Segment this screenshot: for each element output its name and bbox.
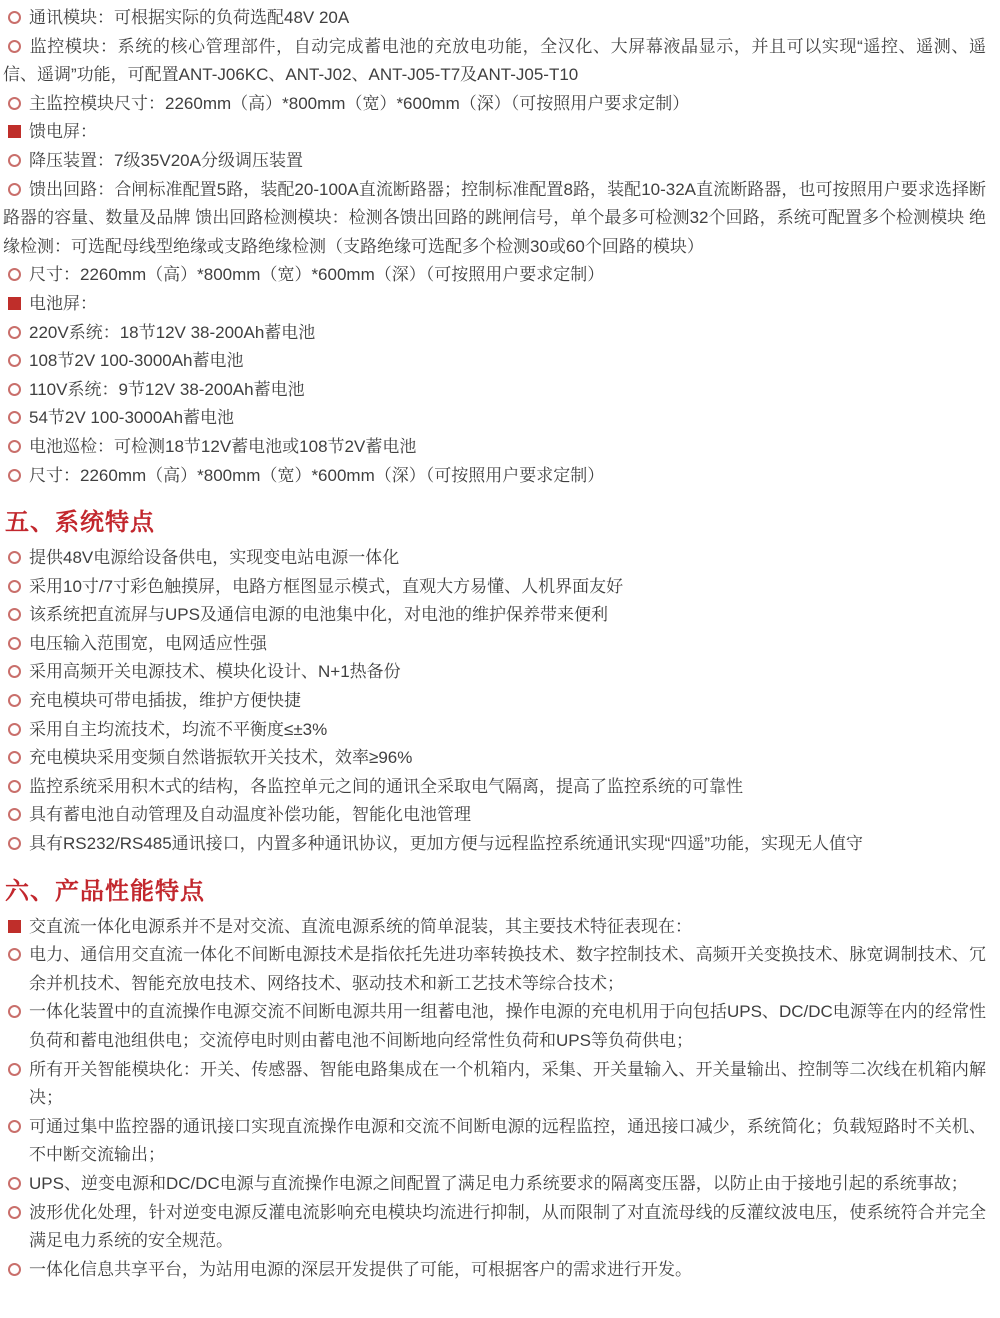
list-item: 110V系统：9节12V 38-200Ah蓄电池 bbox=[3, 376, 986, 405]
item-text: 可通过集中监控器的通讯接口实现直流操作电源和交流不间断电源的远程监控，通迅接口减… bbox=[29, 1117, 986, 1165]
circle-bullet-icon bbox=[8, 411, 21, 424]
item-text: 电压输入范围宽，电网适应性强 bbox=[29, 634, 267, 653]
circle-bullet-icon bbox=[8, 551, 21, 564]
item-text: 电池巡检：可检测18节12V蓄电池或108节2V蓄电池 bbox=[29, 437, 416, 456]
circle-bullet-icon bbox=[8, 580, 21, 593]
circle-bullet-icon bbox=[8, 637, 21, 650]
circle-bullet-icon bbox=[8, 183, 21, 196]
item-text: 降压装置：7级35V20A分级调压装置 bbox=[29, 151, 303, 170]
list-item: 电压输入范围宽，电网适应性强 bbox=[3, 630, 986, 659]
item-text: 馈出回路：合闸标准配置5路，装配20-100A直流断路器；控制标准配置8路，装配… bbox=[3, 180, 986, 256]
list-item: 采用10寸/7寸彩色触摸屏，电路方框图显示模式，直观大方易懂、人机界面友好 bbox=[3, 573, 986, 602]
list-item: 220V系统：18节12V 38-200Ah蓄电池 bbox=[3, 319, 986, 348]
circle-bullet-icon bbox=[8, 751, 21, 764]
list-item: 尺寸：2260mm（高）*800mm（宽）*600mm（深）（可按照用户要求定制… bbox=[3, 261, 986, 290]
circle-bullet-icon bbox=[8, 837, 21, 850]
item-text: 尺寸：2260mm（高）*800mm（宽）*600mm（深）（可按照用户要求定制… bbox=[29, 466, 604, 485]
list-item: 充电模块采用变频自然谐振软开关技术，效率≥96% bbox=[3, 744, 986, 773]
section-heading-system-features: 五、系统特点 bbox=[5, 506, 986, 539]
list-item: 交直流一体化电源系并不是对交流、直流电源系统的简单混装，其主要技术特征表现在： bbox=[3, 913, 986, 942]
circle-bullet-icon bbox=[8, 469, 21, 482]
list-item: 54节2V 100-3000Ah蓄电池 bbox=[3, 404, 986, 433]
item-text: 220V系统：18节12V 38-200Ah蓄电池 bbox=[29, 323, 315, 342]
spec-list: 通讯模块：可根据实际的负荷选配48V 20A监控模块：系统的核心管理部件，自动完… bbox=[3, 4, 986, 490]
circle-bullet-icon bbox=[8, 154, 21, 167]
circle-bullet-icon bbox=[8, 808, 21, 821]
square-bullet-icon bbox=[8, 125, 21, 138]
item-text: 一体化装置中的直流操作电源交流不间断电源共用一组蓄电池，操作电源的充电机用于向包… bbox=[29, 1002, 986, 1050]
square-bullet-icon bbox=[8, 297, 21, 310]
list-item: 波形优化处理，针对逆变电源反灌电流影响充电模块均流进行抑制，从而限制了对直流母线… bbox=[3, 1199, 986, 1256]
item-text: 交直流一体化电源系并不是对交流、直流电源系统的简单混装，其主要技术特征表现在： bbox=[29, 917, 692, 936]
item-text: 馈电屏： bbox=[29, 122, 97, 141]
list-item: 监控系统采用积木式的结构，各监控单元之间的通讯全采取电气隔离，提高了监控系统的可… bbox=[3, 773, 986, 802]
circle-bullet-icon bbox=[8, 694, 21, 707]
item-text: 监控系统采用积木式的结构，各监控单元之间的通讯全采取电气隔离，提高了监控系统的可… bbox=[29, 777, 743, 796]
circle-bullet-icon bbox=[8, 608, 21, 621]
circle-bullet-icon bbox=[8, 326, 21, 339]
item-text: 具有RS232/RS485通讯接口，内置多种通讯协议，更加方便与远程监控系统通讯… bbox=[29, 834, 863, 853]
item-text: 该系统把直流屏与UPS及通信电源的电池集中化，对电池的维护保养带来便利 bbox=[29, 605, 608, 624]
item-text: 110V系统：9节12V 38-200Ah蓄电池 bbox=[29, 380, 305, 399]
item-text: 监控模块：系统的核心管理部件，自动完成蓄电池的充放电功能，全汉化、大屏幕液晶显示… bbox=[3, 37, 986, 85]
item-text: 通讯模块：可根据实际的负荷选配48V 20A bbox=[29, 8, 349, 27]
list-item: 可通过集中监控器的通讯接口实现直流操作电源和交流不间断电源的远程监控，通迅接口减… bbox=[3, 1113, 986, 1170]
list-item: 监控模块：系统的核心管理部件，自动完成蓄电池的充放电功能，全汉化、大屏幕液晶显示… bbox=[3, 33, 986, 90]
item-text: 54节2V 100-3000Ah蓄电池 bbox=[29, 408, 234, 427]
circle-bullet-icon bbox=[8, 268, 21, 281]
circle-bullet-icon bbox=[8, 1177, 21, 1190]
circle-bullet-icon bbox=[8, 665, 21, 678]
list-item: 通讯模块：可根据实际的负荷选配48V 20A bbox=[3, 4, 986, 33]
document-page: 通讯模块：可根据实际的负荷选配48V 20A监控模块：系统的核心管理部件，自动完… bbox=[0, 0, 1000, 1318]
item-text: 采用10寸/7寸彩色触摸屏，电路方框图显示模式，直观大方易懂、人机界面友好 bbox=[29, 577, 623, 596]
item-text: 主监控模块尺寸：2260mm（高）*800mm（宽）*600mm（深）（可按照用… bbox=[29, 94, 689, 113]
circle-bullet-icon bbox=[8, 1063, 21, 1076]
list-item: 该系统把直流屏与UPS及通信电源的电池集中化，对电池的维护保养带来便利 bbox=[3, 601, 986, 630]
circle-bullet-icon bbox=[8, 1005, 21, 1018]
item-text: 充电模块采用变频自然谐振软开关技术，效率≥96% bbox=[29, 748, 412, 767]
list-item: 108节2V 100-3000Ah蓄电池 bbox=[3, 347, 986, 376]
item-text: 采用高频开关电源技术、模块化设计、N+1热备份 bbox=[29, 662, 401, 681]
list-item: 一体化装置中的直流操作电源交流不间断电源共用一组蓄电池，操作电源的充电机用于向包… bbox=[3, 998, 986, 1055]
list-item: UPS、逆变电源和DC/DC电源与直流操作电源之间配置了满足电力系统要求的隔离变… bbox=[3, 1170, 986, 1199]
list-item: 馈出回路：合闸标准配置5路，装配20-100A直流断路器；控制标准配置8路，装配… bbox=[3, 176, 986, 262]
list-item: 主监控模块尺寸：2260mm（高）*800mm（宽）*600mm（深）（可按照用… bbox=[3, 90, 986, 119]
item-text: 电力、通信用交直流一体化不间断电源技术是指依托先进功率转换技术、数字控制技术、高… bbox=[29, 945, 986, 993]
circle-bullet-icon bbox=[8, 1120, 21, 1133]
list-item: 电力、通信用交直流一体化不间断电源技术是指依托先进功率转换技术、数字控制技术、高… bbox=[3, 941, 986, 998]
performance-features-list: 交直流一体化电源系并不是对交流、直流电源系统的简单混装，其主要技术特征表现在：电… bbox=[3, 913, 986, 1285]
circle-bullet-icon bbox=[8, 11, 21, 24]
list-item: 降压装置：7级35V20A分级调压装置 bbox=[3, 147, 986, 176]
item-text: UPS、逆变电源和DC/DC电源与直流操作电源之间配置了满足电力系统要求的隔离变… bbox=[29, 1174, 968, 1193]
item-text: 充电模块可带电插拔，维护方便快捷 bbox=[29, 691, 301, 710]
item-text: 108节2V 100-3000Ah蓄电池 bbox=[29, 351, 244, 370]
circle-bullet-icon bbox=[8, 97, 21, 110]
item-text: 采用自主均流技术，均流不平衡度≤±3% bbox=[29, 720, 327, 739]
list-item: 尺寸：2260mm（高）*800mm（宽）*600mm（深）（可按照用户要求定制… bbox=[3, 462, 986, 491]
list-item: 充电模块可带电插拔，维护方便快捷 bbox=[3, 687, 986, 716]
section-heading-product-performance: 六、产品性能特点 bbox=[5, 875, 986, 908]
list-item: 所有开关智能模块化：开关、传感器、智能电路集成在一个机箱内，采集、开关量输入、开… bbox=[3, 1056, 986, 1113]
list-item: 电池巡检：可检测18节12V蓄电池或108节2V蓄电池 bbox=[3, 433, 986, 462]
circle-bullet-icon bbox=[8, 354, 21, 367]
item-text: 具有蓄电池自动管理及自动温度补偿功能，智能化电池管理 bbox=[29, 805, 471, 824]
list-item: 电池屏： bbox=[3, 290, 986, 319]
item-text: 尺寸：2260mm（高）*800mm（宽）*600mm（深）（可按照用户要求定制… bbox=[29, 265, 604, 284]
item-text: 所有开关智能模块化：开关、传感器、智能电路集成在一个机箱内，采集、开关量输入、开… bbox=[29, 1060, 986, 1108]
list-item: 一体化信息共享平台，为站用电源的深层开发提供了可能，可根据客户的需求进行开发。 bbox=[3, 1256, 986, 1285]
item-text: 提供48V电源给设备供电，实现变电站电源一体化 bbox=[29, 548, 399, 567]
system-features-list: 提供48V电源给设备供电，实现变电站电源一体化采用10寸/7寸彩色触摸屏，电路方… bbox=[3, 544, 986, 859]
list-item: 采用自主均流技术，均流不平衡度≤±3% bbox=[3, 716, 986, 745]
circle-bullet-icon bbox=[8, 40, 21, 53]
list-item: 采用高频开关电源技术、模块化设计、N+1热备份 bbox=[3, 658, 986, 687]
circle-bullet-icon bbox=[8, 383, 21, 396]
item-text: 一体化信息共享平台，为站用电源的深层开发提供了可能，可根据客户的需求进行开发。 bbox=[29, 1260, 692, 1279]
list-item: 馈电屏： bbox=[3, 118, 986, 147]
list-item: 具有蓄电池自动管理及自动温度补偿功能，智能化电池管理 bbox=[3, 801, 986, 830]
circle-bullet-icon bbox=[8, 440, 21, 453]
circle-bullet-icon bbox=[8, 1263, 21, 1276]
list-item: 提供48V电源给设备供电，实现变电站电源一体化 bbox=[3, 544, 986, 573]
circle-bullet-icon bbox=[8, 780, 21, 793]
circle-bullet-icon bbox=[8, 723, 21, 736]
item-text: 电池屏： bbox=[29, 294, 97, 313]
list-item: 具有RS232/RS485通讯接口，内置多种通讯协议，更加方便与远程监控系统通讯… bbox=[3, 830, 986, 859]
square-bullet-icon bbox=[8, 920, 21, 933]
circle-bullet-icon bbox=[8, 948, 21, 961]
item-text: 波形优化处理，针对逆变电源反灌电流影响充电模块均流进行抑制，从而限制了对直流母线… bbox=[29, 1203, 986, 1251]
circle-bullet-icon bbox=[8, 1206, 21, 1219]
